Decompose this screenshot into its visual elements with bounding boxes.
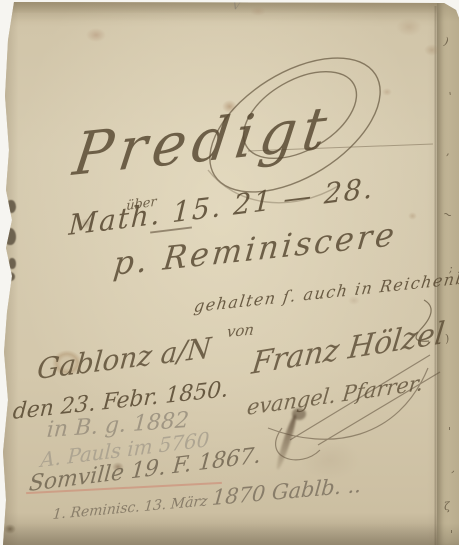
edge-writing-fragment: ' xyxy=(448,425,451,438)
stain xyxy=(382,88,392,96)
manuscript-paper: Predigt über Math. 15. 21 — 28. p. Remin… xyxy=(0,0,459,545)
author-role-line: evangel. Pfarrer. xyxy=(246,373,424,419)
ink-smudge-blob xyxy=(292,408,306,420)
torn-edge-chip xyxy=(9,258,16,269)
stain xyxy=(4,524,16,534)
top-page-edge-shadow xyxy=(0,2,459,13)
place-line: Gablonz a/N xyxy=(36,334,212,384)
torn-edge-chip xyxy=(6,272,15,281)
edge-writing-fragment: ; xyxy=(449,262,453,275)
edge-writing-fragment: , xyxy=(446,145,450,158)
top-pencil-mark: V xyxy=(232,0,241,12)
stain xyxy=(396,18,422,36)
scanned-manuscript-page: Predigt über Math. 15. 21 — 28. p. Remin… xyxy=(0,0,459,545)
stain xyxy=(86,28,106,42)
reuse-note-1870-prefix: 1. Reminisc. 13. März xyxy=(52,493,213,523)
reuse-note-1870-year: 1870 Gablb. .. xyxy=(211,473,362,510)
stain xyxy=(408,212,417,220)
torn-edge-chip xyxy=(7,200,16,213)
torn-edge-chip xyxy=(5,228,16,245)
edge-writing-fragment: ' xyxy=(450,528,453,541)
edge-writing-fragment: ζ xyxy=(443,500,450,514)
title-handwriting: Predigt xyxy=(70,98,336,184)
von-word: von xyxy=(226,322,255,340)
ink-smudge xyxy=(274,413,299,470)
held-note-line: gehalten ſ. auch in Reichenberg xyxy=(193,267,459,315)
